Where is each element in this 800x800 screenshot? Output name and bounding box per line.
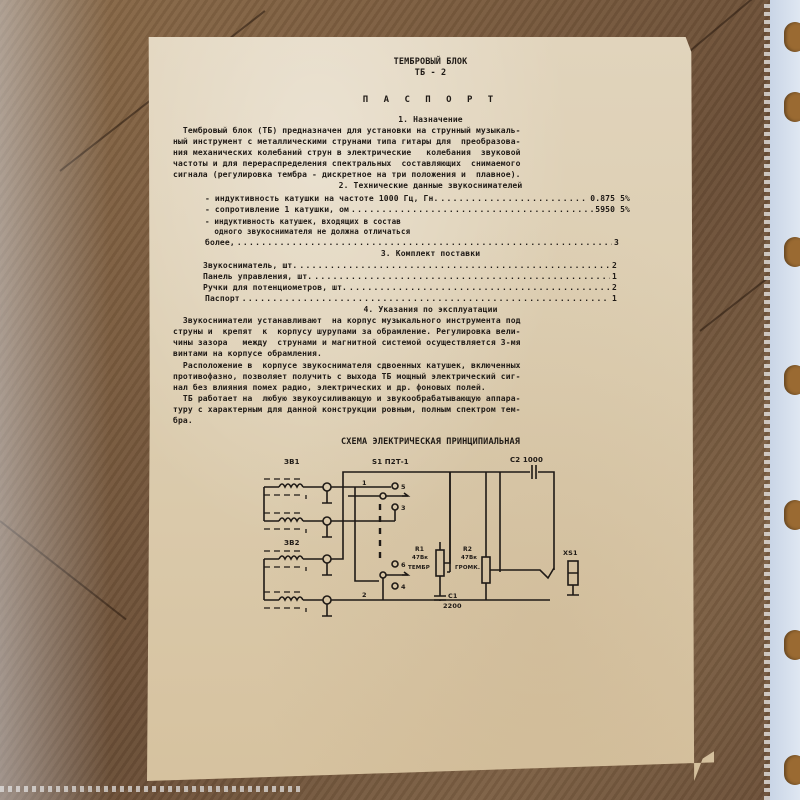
- kit-value: 1: [612, 272, 617, 283]
- pin-1: 1: [362, 479, 367, 487]
- kit-value: 1: [612, 294, 617, 305]
- text-line: струны и крепят к корпусу шурупами за об…: [173, 327, 521, 338]
- kit-row: Панель управления, шт. 1: [203, 272, 617, 283]
- pin-4: 4: [401, 583, 406, 591]
- spec-row: - индуктивность катушки на частоте 1000 …: [205, 194, 630, 205]
- spec-value: 3: [614, 238, 619, 249]
- spec-label: более,: [205, 238, 235, 249]
- text-line: частоты и для перераспределения спектрал…: [173, 159, 521, 170]
- label-r2-value: 47Вк: [461, 555, 477, 561]
- section-heading-usage: 4. Указания по эксплуатации: [147, 305, 714, 316]
- document-type: П А С П О Р Т: [147, 95, 714, 106]
- label-r1-value: 47Вк: [412, 555, 428, 561]
- leader-dots: [349, 283, 610, 294]
- kit-row: Ручки для потенциометров, шт. 2: [203, 283, 617, 294]
- spec-value: 5950 5%: [595, 205, 630, 216]
- spec-row: - сопротивление 1 катушки, ом 5950 5%: [205, 205, 630, 216]
- punch-hole: [784, 500, 800, 530]
- leader-dots: [237, 238, 612, 249]
- spec-label: - индуктивность катушки на частоте 1000 …: [205, 194, 438, 205]
- spec-value: 0.875 5%: [590, 194, 630, 205]
- text-line: чины зазора между струнами и магнитной с…: [173, 338, 521, 349]
- label-r2: R2: [463, 546, 472, 553]
- circuit-schematic: ЗВ1 ЗВ2 S1 П2Т-1 C2 1000 1 2 3 4 5 6 R1 …: [250, 452, 590, 652]
- kit-row: Звукосниматель, шт. 2: [203, 261, 617, 272]
- kit-label: Паспорт: [205, 294, 240, 305]
- spec-row: более, 3: [205, 238, 619, 249]
- label-r1: R1: [415, 546, 424, 553]
- label-pickup-2: ЗВ2: [284, 539, 300, 547]
- punch-hole: [784, 22, 800, 52]
- document-model: ТБ - 2: [147, 68, 714, 79]
- pin-2: 2: [362, 591, 367, 599]
- controls-output: [408, 465, 579, 601]
- text-line: сигнала (регулировка тембра - дискретное…: [173, 170, 521, 181]
- pin-3: 3: [401, 504, 406, 512]
- spec-label: одного звукоснимателя не должна отличать…: [205, 227, 410, 238]
- label-r1-function: ТЕМБР: [408, 565, 430, 571]
- leader-dots: [314, 272, 610, 283]
- section-heading-kit: 3. Комплект поставки: [147, 249, 714, 260]
- sleeve-edge: [0, 786, 300, 792]
- text-line: винтами на корпусе обрамления.: [173, 349, 322, 360]
- leader-dots: [351, 205, 593, 216]
- document-sheet: ТЕМБРОВЫЙ БЛОК ТБ - 2 П А С П О Р Т 1. Н…: [147, 37, 714, 781]
- pickup-1: [264, 479, 332, 537]
- schematic-title: СХЕМА ЭЛЕКТРИЧЕСКАЯ ПРИНЦИПИАЛЬНАЯ: [147, 437, 714, 448]
- text-line: туру с характерным для данной конструкци…: [173, 405, 521, 416]
- plastic-sleeve-sheen: [0, 0, 110, 800]
- punch-hole: [784, 92, 800, 122]
- pickup-2: [264, 551, 332, 616]
- text-line: нал без влияния помех радио, электрическ…: [173, 383, 486, 394]
- text-line: бра.: [173, 416, 193, 427]
- leader-dots: [440, 194, 588, 205]
- kit-label: Панель управления, шт.: [203, 272, 312, 283]
- text-line: ния механических колебаний струн в элект…: [173, 148, 521, 159]
- spec-label: - сопротивление 1 катушки, ом: [205, 205, 349, 216]
- label-jack: XS1: [563, 549, 578, 557]
- label-c1: C1: [448, 592, 458, 600]
- text-line: Тембровый блок (ТБ) предназначен для уст…: [173, 126, 521, 137]
- document-body: ТЕМБРОВЫЙ БЛОК ТБ - 2 П А С П О Р Т 1. Н…: [147, 37, 714, 781]
- text-line: ный инструмент с металлическими струнами…: [173, 137, 521, 148]
- text-line: противофазно, позволяет получить с выход…: [173, 372, 521, 383]
- section-heading-specs: 2. Технические данные звукоснимателей: [147, 181, 714, 192]
- document-title: ТЕМБРОВЫЙ БЛОК: [147, 57, 714, 68]
- label-r2-function: ГРОМК.: [455, 565, 480, 571]
- pin-6: 6: [401, 561, 406, 569]
- leader-dots: [242, 294, 610, 305]
- text-line: Звукосниматели устанавливают на корпус м…: [173, 316, 521, 327]
- spec-label: - индуктивность катушек, входящих в сост…: [205, 217, 401, 228]
- label-c1-value: 2200: [443, 602, 462, 610]
- label-switch: S1 П2Т-1: [372, 458, 409, 466]
- punch-hole: [784, 755, 800, 785]
- section-heading-purpose: 1. Назначение: [147, 115, 714, 126]
- kit-label: Ручки для потенциометров, шт.: [203, 283, 347, 294]
- leader-dots: [299, 261, 610, 272]
- pin-5: 5: [401, 483, 406, 491]
- label-pickup-1: ЗВ1: [284, 458, 300, 466]
- punch-hole: [784, 630, 800, 660]
- kit-label: Звукосниматель, шт.: [203, 261, 297, 272]
- punch-hole: [784, 365, 800, 395]
- kit-row: Паспорт 1: [205, 294, 617, 305]
- kit-value: 2: [612, 261, 617, 272]
- label-c2: C2 1000: [510, 456, 543, 464]
- text-line: Расположение в корпусе звукоснимателя сд…: [173, 361, 521, 372]
- punch-hole: [784, 237, 800, 267]
- kit-value: 2: [612, 283, 617, 294]
- text-line: ТБ работает на любую звукоусиливающую и …: [173, 394, 521, 405]
